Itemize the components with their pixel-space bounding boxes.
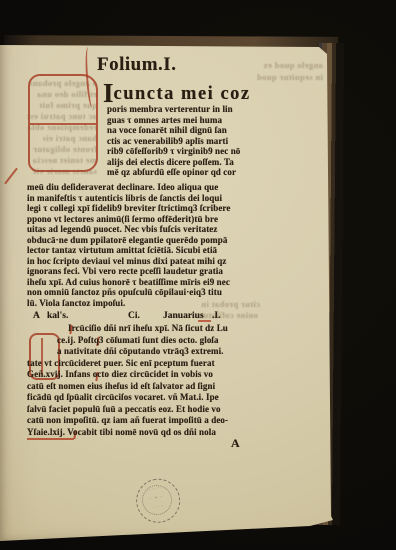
text-line: ignorans feci. Vbi vero recte pceſſi lau…	[27, 267, 223, 276]
text-line: mē qz abſurdū eſſe opinor qd cor	[107, 168, 236, 177]
text-line: catū eſt nomen eius iheſus id eſt ſalvat…	[27, 382, 215, 391]
photograph-of-incunabulum-page: angelo quod ex in sequitur quod o angelo…	[0, 0, 396, 550]
rubric-underline	[27, 438, 74, 440]
text-line: legi τ collegi xpī fidelib9 breviter ſtr…	[27, 204, 230, 213]
text-line: Yſaie.lxij. Vocabit tibi nomē novū qd os…	[27, 428, 216, 437]
bleedthrough-text-line: citur probat in	[120, 299, 260, 309]
text-line: poris membra verterentur in lin	[107, 105, 233, 114]
text-line: iheſu xpī. Ad cuius honorē τ beatiſſime …	[27, 278, 230, 287]
text-line: lector tantaz virtutum amittat ſciētiā. …	[27, 246, 217, 255]
text-line: uitas ad legendū puocet. Nec vbis fuſcis…	[27, 225, 217, 234]
text-line: ce.ij. Poſtq3 cōſumati ſunt dies octo. g…	[57, 336, 219, 345]
text-line: Ircūciſio dñi nrī iheſu xpī. Nā ſicut dz…	[68, 324, 228, 333]
text-line: catū non impoſitū. qz iam añ fuerat impo…	[27, 416, 228, 425]
text-line: meū diu deſideraverat declinare. Ideo al…	[27, 183, 218, 192]
text-line: Geñ.xvij. Infans octo diez circūcidet in…	[27, 370, 213, 379]
bleedthrough-text-line: angelo quod ex	[185, 60, 323, 70]
text-line: guas τ omnes artes mei huma	[107, 116, 222, 125]
library-ink-stamp: · ∙ · ∙ + ∙ · ∙ ·	[132, 475, 182, 525]
text-line: ficādū qd ſpūalit circūciſos vocaret. vñ…	[27, 393, 219, 402]
text-line: ppono vt lectores animū(ſi ſermo offēder…	[27, 215, 218, 224]
text-line: in manifeſtis τ autenticis libris de ſan…	[27, 194, 222, 203]
text-line: obducā·ne dum ppilatorē elegantie querēd…	[27, 236, 227, 245]
text-line: lū. Viola ſanctoz impoſui.	[27, 299, 125, 308]
rubric-guide-divider	[30, 123, 96, 125]
text-line: rib9 cōfeſſorib9 τ virginib9 nec nō	[107, 147, 240, 156]
calendar-letter: A	[33, 311, 40, 321]
text-line: ſalvū faciet populū ſuū a peccatis eoz. …	[27, 405, 221, 414]
text-line: alijs dei electis dicere poſſem. Ta	[107, 158, 234, 167]
text-line: tate vt circūcideret puer. Sic enī pcept…	[27, 359, 215, 368]
folio-header: Folium.I.	[97, 54, 176, 76]
text-line: non omniū ſanctoz pñs opuſculū cōpilaui·…	[27, 288, 222, 297]
calendar-day-number: .I.	[212, 311, 220, 321]
text-line: in hoc ſcripto deviaui vel minus dixi pa…	[27, 257, 226, 266]
calendar-kalends: kal's.	[47, 311, 68, 321]
calendar-cipher: Ci.	[128, 311, 140, 321]
text-line: ctis ac venerabilib9 aplīs marti	[107, 137, 228, 146]
calendar-month: Januarius	[163, 311, 204, 321]
opening-words: cuncta mei coz	[114, 84, 251, 104]
text-line: na voce ſonarēt nihil dignū ſan	[107, 126, 227, 135]
quire-signature-mark: A	[231, 436, 240, 451]
text-line: a nativitate dñi cōputando vtrāq3 extrem…	[57, 347, 224, 356]
